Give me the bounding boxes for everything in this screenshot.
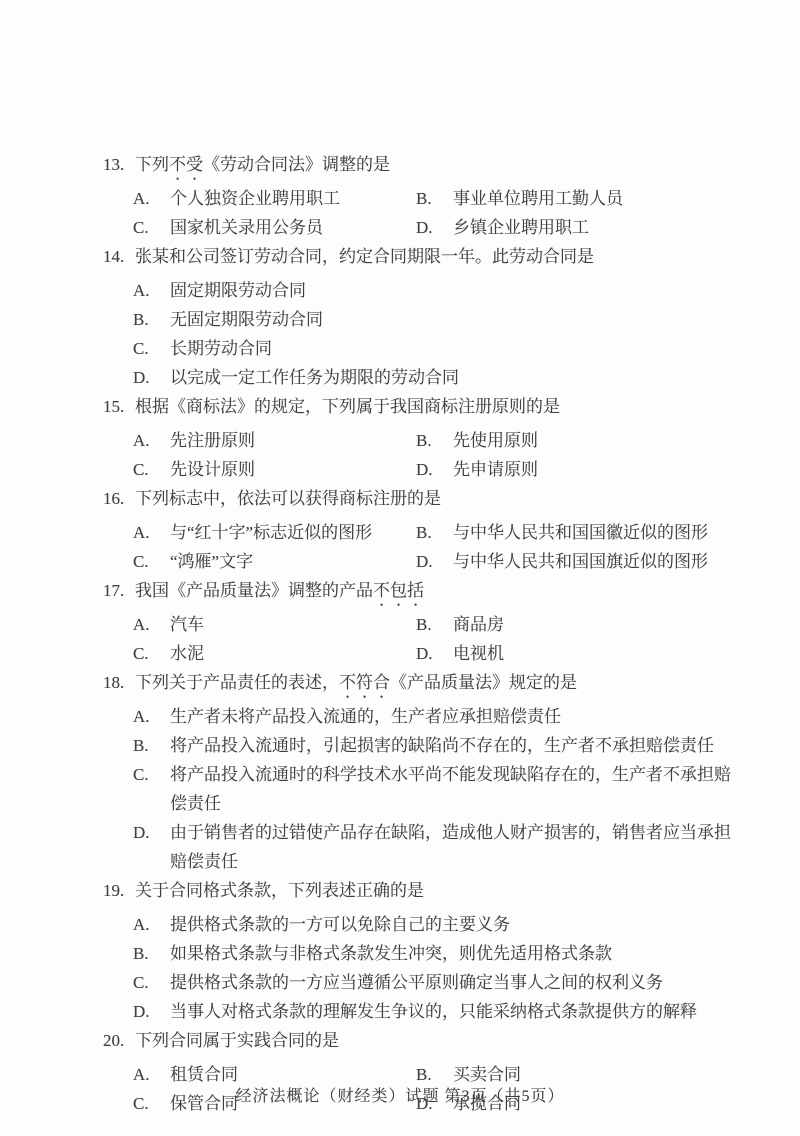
option-label: C. (133, 213, 170, 242)
option-text: 以完成一定工作任务为期限的劳动合同 (170, 363, 745, 392)
option-text: 乡镇企业聘用职工 (453, 213, 745, 242)
question-stem-text: 下列关于产品责任的表述，不符合《产品质量法》规定的是 (135, 668, 745, 702)
option-text: 先注册原则 (170, 426, 416, 455)
exam-paper-page: 13. 下列不受《劳动合同法》调整的是 A.个人独资企业聘用职工 B.事业单位聘… (0, 0, 800, 1136)
option-14-b: B.无固定期限劳动合同 (133, 305, 745, 334)
option-label: A. (133, 702, 170, 731)
question-19-options: A.提供格式条款的一方可以免除自己的主要义务 B.如果格式条款与非格式条款发生冲… (133, 910, 745, 1026)
option-18-d: D.由于销售者的过错使产品存在缺陷，造成他人财产损害的，销售者应当承担赔偿责任 (133, 818, 745, 876)
question-number: 14. (103, 242, 135, 276)
question-stem-text: 关于合同格式条款，下列表述正确的是 (135, 876, 745, 910)
option-label: B. (416, 518, 453, 547)
option-text: 将产品投入流通时，引起损害的缺陷尚不存在的，生产者不承担赔偿责任 (170, 731, 745, 760)
question-stem-text: 张某和公司签订劳动合同，约定合同期限一年。此劳动合同是 (135, 242, 745, 276)
question-19-stem: 19. 关于合同格式条款，下列表述正确的是 (103, 876, 745, 910)
option-text: 与中华人民共和国国徽近似的图形 (453, 518, 745, 547)
option-label: B. (416, 610, 453, 639)
option-text: 个人独资企业聘用职工 (170, 184, 416, 213)
question-20-stem: 20. 下列合同属于实践合同的是 (103, 1026, 745, 1060)
option-18-a: A.生产者未将产品投入流通的，生产者应承担赔偿责任 (133, 702, 745, 731)
stem-emphasized: 不包括 (373, 581, 424, 600)
stem-emphasized: 不受 (169, 155, 203, 174)
option-text: 汽车 (170, 610, 416, 639)
option-label: C. (133, 639, 170, 668)
question-15: 15. 根据《商标法》的规定，下列属于我国商标注册原则的是 A.先注册原则 B.… (103, 392, 745, 484)
question-18-stem: 18. 下列关于产品责任的表述，不符合《产品质量法》规定的是 (103, 668, 745, 702)
question-number: 13. (103, 150, 135, 184)
option-text: 与“红十字”标志近似的图形 (170, 518, 416, 547)
question-number: 18. (103, 668, 135, 702)
stem-pre: 张某和公司签订劳动合同，约定合同期限一年。此劳动合同是 (135, 247, 594, 266)
option-text: 当事人对格式条款的理解发生争议的，只能采纳格式条款提供方的解释 (170, 997, 745, 1026)
question-19: 19. 关于合同格式条款，下列表述正确的是 A.提供格式条款的一方可以免除自己的… (103, 876, 745, 1026)
option-16-b: B.与中华人民共和国国徽近似的图形 (416, 518, 745, 547)
option-13-d: D.乡镇企业聘用职工 (416, 213, 745, 242)
option-label: B. (133, 305, 170, 334)
option-text: 长期劳动合同 (170, 334, 745, 363)
question-15-stem: 15. 根据《商标法》的规定，下列属于我国商标注册原则的是 (103, 392, 745, 426)
option-label: B. (416, 426, 453, 455)
option-13-b: B.事业单位聘用工勤人员 (416, 184, 745, 213)
option-text: 先使用原则 (453, 426, 745, 455)
stem-pre: 关于合同格式条款，下列表述正确的是 (135, 881, 424, 900)
page-footer: 经济法概论（财经类）试题 第3页（共5页） (0, 1083, 800, 1106)
stem-pre: 我国《产品质量法》调整的产品 (135, 581, 373, 600)
question-number: 17. (103, 576, 135, 610)
question-16-stem: 16. 下列标志中，依法可以获得商标注册的是 (103, 484, 745, 518)
option-18-b: B.将产品投入流通时，引起损害的缺陷尚不存在的，生产者不承担赔偿责任 (133, 731, 745, 760)
stem-emphasized: 不符合 (339, 673, 390, 692)
option-label: A. (133, 610, 170, 639)
question-14-options: A.固定期限劳动合同 B.无固定期限劳动合同 C.长期劳动合同 D.以完成一定工… (133, 276, 745, 392)
questions-area: 13. 下列不受《劳动合同法》调整的是 A.个人独资企业聘用职工 B.事业单位聘… (103, 150, 745, 1118)
option-14-a: A.固定期限劳动合同 (133, 276, 745, 305)
option-15-d: D.先申请原则 (416, 455, 745, 484)
question-18-options: A.生产者未将产品投入流通的，生产者应承担赔偿责任 B.将产品投入流通时，引起损… (133, 702, 745, 876)
option-label: B. (133, 731, 170, 760)
option-label: A. (133, 910, 170, 939)
stem-pre: 下列关于产品责任的表述， (135, 673, 339, 692)
option-label: C. (133, 334, 170, 363)
option-text: 无固定期限劳动合同 (170, 305, 745, 334)
question-17: 17. 我国《产品质量法》调整的产品不包括 A.汽车 B.商品房 C.水泥 D.… (103, 576, 745, 668)
stem-pre: 根据《商标法》的规定，下列属于我国商标注册原则的是 (135, 397, 560, 416)
question-18: 18. 下列关于产品责任的表述，不符合《产品质量法》规定的是 A.生产者未将产品… (103, 668, 745, 876)
option-label: D. (416, 213, 453, 242)
option-text: 提供格式条款的一方应当遵循公平原则确定当事人之间的权利义务 (170, 968, 745, 997)
question-13: 13. 下列不受《劳动合同法》调整的是 A.个人独资企业聘用职工 B.事业单位聘… (103, 150, 745, 242)
option-15-a: A.先注册原则 (133, 426, 416, 455)
option-19-a: A.提供格式条款的一方可以免除自己的主要义务 (133, 910, 745, 939)
question-stem-text: 下列合同属于实践合同的是 (135, 1026, 745, 1060)
question-number: 16. (103, 484, 135, 518)
option-15-c: C.先设计原则 (133, 455, 416, 484)
option-16-d: D.与中华人民共和国国旗近似的图形 (416, 547, 745, 576)
option-17-a: A.汽车 (133, 610, 416, 639)
question-stem-text: 根据《商标法》的规定，下列属于我国商标注册原则的是 (135, 392, 745, 426)
option-14-d: D.以完成一定工作任务为期限的劳动合同 (133, 363, 745, 392)
option-text: 商品房 (453, 610, 745, 639)
option-16-c: C.“鸿雁”文字 (133, 547, 416, 576)
question-stem-text: 下列标志中，依法可以获得商标注册的是 (135, 484, 745, 518)
option-text: 固定期限劳动合同 (170, 276, 745, 305)
option-14-c: C.长期劳动合同 (133, 334, 745, 363)
stem-post: 《产品质量法》规定的是 (390, 673, 577, 692)
option-label: B. (416, 184, 453, 213)
option-label: C. (133, 455, 170, 484)
option-label: D. (416, 639, 453, 668)
option-text: 国家机关录用公务员 (170, 213, 416, 242)
question-number: 15. (103, 392, 135, 426)
option-label: A. (133, 426, 170, 455)
option-19-d: D.当事人对格式条款的理解发生争议的，只能采纳格式条款提供方的解释 (133, 997, 745, 1026)
option-13-c: C.国家机关录用公务员 (133, 213, 416, 242)
question-17-options: A.汽车 B.商品房 C.水泥 D.电视机 (133, 610, 745, 668)
option-label: C. (133, 547, 170, 576)
stem-pre: 下列标志中，依法可以获得商标注册的是 (135, 489, 441, 508)
option-18-c: C.将产品投入流通时的科学技术水平尚不能发现缺陷存在的，生产者不承担赔偿责任 (133, 760, 745, 818)
option-text: “鸿雁”文字 (170, 547, 416, 576)
question-number: 19. (103, 876, 135, 910)
option-16-a: A.与“红十字”标志近似的图形 (133, 518, 416, 547)
question-stem-text: 下列不受《劳动合同法》调整的是 (135, 150, 745, 184)
option-text: 如果格式条款与非格式条款发生冲突，则优先适用格式条款 (170, 939, 745, 968)
option-text: 水泥 (170, 639, 416, 668)
question-14-stem: 14. 张某和公司签订劳动合同，约定合同期限一年。此劳动合同是 (103, 242, 745, 276)
option-label: D. (133, 997, 170, 1026)
option-label: A. (133, 518, 170, 547)
option-text: 先申请原则 (453, 455, 745, 484)
option-13-a: A.个人独资企业聘用职工 (133, 184, 416, 213)
stem-pre: 下列 (135, 155, 169, 174)
option-label: D. (416, 455, 453, 484)
question-number: 20. (103, 1026, 135, 1060)
option-label: B. (133, 939, 170, 968)
question-16: 16. 下列标志中，依法可以获得商标注册的是 A.与“红十字”标志近似的图形 B… (103, 484, 745, 576)
option-17-b: B.商品房 (416, 610, 745, 639)
question-13-options: A.个人独资企业聘用职工 B.事业单位聘用工勤人员 C.国家机关录用公务员 D.… (133, 184, 745, 242)
option-17-d: D.电视机 (416, 639, 745, 668)
question-16-options: A.与“红十字”标志近似的图形 B.与中华人民共和国国徽近似的图形 C.“鸿雁”… (133, 518, 745, 576)
question-stem-text: 我国《产品质量法》调整的产品不包括 (135, 576, 745, 610)
question-14: 14. 张某和公司签订劳动合同，约定合同期限一年。此劳动合同是 A.固定期限劳动… (103, 242, 745, 392)
stem-post: 《劳动合同法》调整的是 (203, 155, 390, 174)
option-label: C. (133, 968, 170, 997)
option-label: D. (133, 363, 170, 392)
option-text: 生产者未将产品投入流通的，生产者应承担赔偿责任 (170, 702, 745, 731)
option-text: 与中华人民共和国国旗近似的图形 (453, 547, 745, 576)
option-label: A. (133, 184, 170, 213)
option-19-b: B.如果格式条款与非格式条款发生冲突，则优先适用格式条款 (133, 939, 745, 968)
option-text: 提供格式条款的一方可以免除自己的主要义务 (170, 910, 745, 939)
option-text: 事业单位聘用工勤人员 (453, 184, 745, 213)
option-label: D. (133, 818, 170, 876)
option-19-c: C.提供格式条款的一方应当遵循公平原则确定当事人之间的权利义务 (133, 968, 745, 997)
option-15-b: B.先使用原则 (416, 426, 745, 455)
option-17-c: C.水泥 (133, 639, 416, 668)
option-label: D. (416, 547, 453, 576)
question-15-options: A.先注册原则 B.先使用原则 C.先设计原则 D.先申请原则 (133, 426, 745, 484)
option-label: C. (133, 760, 170, 818)
question-17-stem: 17. 我国《产品质量法》调整的产品不包括 (103, 576, 745, 610)
option-text: 由于销售者的过错使产品存在缺陷，造成他人财产损害的，销售者应当承担赔偿责任 (170, 818, 745, 876)
option-text: 电视机 (453, 639, 745, 668)
stem-pre: 下列合同属于实践合同的是 (135, 1031, 339, 1050)
option-label: A. (133, 276, 170, 305)
option-text: 将产品投入流通时的科学技术水平尚不能发现缺陷存在的，生产者不承担赔偿责任 (170, 760, 745, 818)
question-13-stem: 13. 下列不受《劳动合同法》调整的是 (103, 150, 745, 184)
option-text: 先设计原则 (170, 455, 416, 484)
